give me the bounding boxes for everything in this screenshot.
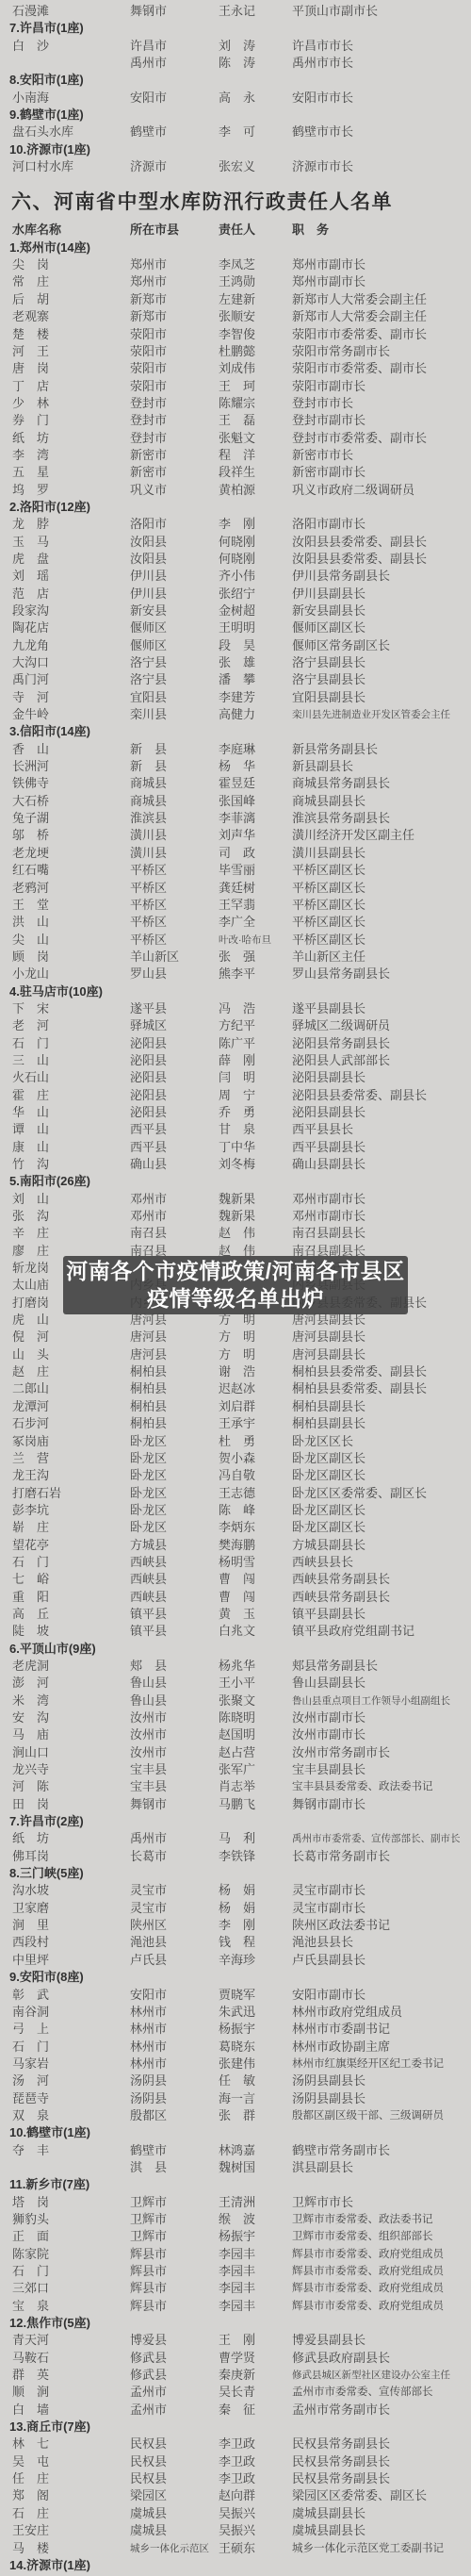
title-cell: 渑池县县长: [292, 1934, 353, 1951]
title-cell: 西峡县常务副县长: [292, 1589, 390, 1606]
person-cell: 张 强: [219, 949, 255, 966]
title-cell: 洛宁县副县长: [292, 671, 365, 688]
city-cell: 偃师区: [130, 637, 167, 654]
table-row: 河口村水库济源市张宏义济源市市长: [0, 158, 471, 175]
name-cell: 崭 庄: [12, 1519, 49, 1536]
table-row: 寺 河宜阳县李建芳宜阳县副县长: [0, 689, 471, 706]
name-cell: 大石桥: [12, 793, 49, 810]
name-cell: 廖 庄: [12, 1243, 49, 1260]
city-cell: 汝州市: [130, 1744, 167, 1761]
city-cell: 辉县市: [130, 2280, 167, 2297]
title-cell: 卧龙区副区长: [292, 1450, 365, 1467]
person-cell: 毕雪丽: [219, 862, 255, 879]
city-cell: 城乡一体化示范区: [130, 2540, 209, 2557]
table-row: 邬 桥潢川县刘声华潢川经济开发区副主任: [0, 827, 471, 844]
city-cell: 鲁山县: [130, 1693, 167, 1709]
name-cell: 陈家院: [12, 2246, 49, 2263]
person-cell: 程 洋: [219, 447, 255, 464]
city-cell: 长葛市: [130, 1848, 167, 1865]
title-cell: 汝阳县县委常委、副县长: [292, 551, 427, 568]
person-cell: 吴振兴: [219, 2522, 255, 2539]
table-row: 琵琶寺汤阴县海一言汤阴县副县长: [0, 2090, 471, 2107]
city-cell: 唐河县: [130, 1346, 167, 1363]
person-cell: 乔 勇: [219, 1104, 255, 1121]
section-header: 4.驻马店市(10座): [0, 983, 471, 1000]
person-cell: 张聚文: [219, 1693, 255, 1709]
title-cell: 鲁山县副县长: [292, 1675, 365, 1692]
section-header: 3.信阳市(14座): [0, 723, 471, 740]
name-cell: 坞 罗: [12, 482, 49, 499]
name-cell: 金牛岭: [12, 706, 49, 723]
title-cell: 平桥区副区长: [292, 932, 365, 949]
name-cell: 范 店: [12, 586, 49, 603]
table-row: 三郊口辉县市李园丰辉县市市委常委、政府党组成员: [0, 2280, 471, 2297]
table-row: 宝 泉辉县市李园丰辉县市市委常委、政府党组成员: [0, 2298, 471, 2315]
person-cell: 刘冬梅: [219, 1156, 255, 1173]
section-header: 8.三门峡(5座): [0, 1865, 471, 1882]
name-cell: 河 陈: [12, 1778, 49, 1795]
title-cell: 桐柏县副县长: [292, 1398, 365, 1415]
title-cell: 商城县副县长: [292, 793, 365, 810]
title-cell: 桐柏县县委常委、副县长: [292, 1363, 427, 1380]
name-cell: 三郊口: [12, 2280, 49, 2297]
city-cell: 西峡县: [130, 1589, 167, 1606]
name-cell: 涧山口: [12, 1744, 49, 1761]
title-cell: 荥阳市常务副市长: [292, 343, 390, 360]
name-cell: 竹 沟: [12, 1156, 49, 1173]
title-cell: 梁园区区委常委、副区长: [292, 2487, 427, 2504]
city-cell: 郑州市: [130, 256, 167, 273]
person-cell: 王罕翡: [219, 897, 255, 914]
table-row: 彭李坑卧龙区陈 峰卧龙区副区长: [0, 1502, 471, 1519]
person-cell: 方纪平: [219, 1017, 255, 1034]
table-row: 正 面卫辉市杨振宇卫辉市市委常委、组织部部长: [0, 2228, 471, 2245]
city-cell: 西平县: [130, 1121, 167, 1138]
title-cell: 潢川县副县长: [292, 845, 365, 862]
person-cell: 李铁锋: [219, 1848, 255, 1865]
person-cell: 李凤芝: [219, 256, 255, 273]
table-row: 坞 罗巩义市黄柏源巩义市政府二级调研员: [0, 482, 471, 499]
city-cell: 辉县市: [130, 2246, 167, 2263]
name-cell: 白 沙: [12, 38, 49, 55]
name-cell: 刘 瑶: [12, 568, 49, 585]
city-cell: 汝阳县: [130, 534, 167, 551]
person-cell: 叶改·哈布旦: [219, 932, 271, 949]
city-cell: 殷都区: [130, 2107, 167, 2124]
title-cell: 灵宝市副市长: [292, 1900, 365, 1917]
name-cell: 打磨石岩: [12, 1485, 61, 1502]
section-header: 9.鹤壁市(1座): [0, 107, 471, 124]
name-cell: 顾 岗: [12, 949, 49, 966]
city-cell: 舞钢市: [130, 1796, 167, 1813]
name-cell: 唐 岗: [12, 360, 49, 377]
name-cell: 兰 营: [12, 1450, 49, 1467]
table-row: 涧 里陕州区李 刚陕州区政法委书记: [0, 1917, 471, 1934]
table-row: 塔 岗卫辉市王清洲卫辉市市长: [0, 2194, 471, 2211]
table-row: 虎 盘汝阳县何晓刚汝阳县县委常委、副县长: [0, 551, 471, 568]
name-cell: 王安庄: [12, 2522, 49, 2539]
name-cell: 马家岩: [12, 2056, 49, 2072]
person-cell: 杨振宇: [219, 2021, 255, 2038]
name-cell: 西段村: [12, 1934, 49, 1951]
table-row: 刘 山邓州市魏新果邓州市副市长: [0, 1191, 471, 1208]
table-row: 五 星新密市段祥生新密市副市长: [0, 464, 471, 481]
person-cell: 樊海鹏: [219, 1537, 255, 1554]
city-cell: 虞城县: [130, 2505, 167, 2522]
title-cell: 长葛市常务副市长: [292, 1848, 390, 1865]
title-cell: 博爱县副县长: [292, 2332, 365, 2349]
person-cell: 何晓刚: [219, 534, 255, 551]
title-cell: 林州市市委副书记: [292, 2021, 390, 2038]
title-cell: 桐柏县副县长: [292, 1415, 365, 1432]
name-cell: 禹门河: [12, 671, 49, 688]
table-row: 大沟口洛宁县张 雄洛宁县副县长: [0, 654, 471, 671]
person-cell: 辛海珍: [219, 1952, 255, 1969]
table-row: 九龙角偃师区段 昊偃师区常务副区长: [0, 637, 471, 654]
name-cell: 洪 山: [12, 914, 49, 931]
name-cell: 澎 河: [12, 1675, 49, 1692]
table-row: 白 沙许昌市刘 涛许昌市市长: [0, 38, 471, 55]
title-cell: 平桥区副区长: [292, 862, 365, 879]
person-cell: 李园丰: [219, 2263, 255, 2280]
city-cell: 梁园区: [130, 2487, 167, 2504]
city-cell: 淮滨县: [130, 810, 167, 827]
title-cell: 洛阳市副市长: [292, 516, 365, 533]
person-cell: 谢 浩: [219, 1363, 255, 1380]
city-cell: 安阳市: [130, 1987, 167, 2004]
name-cell: 寺 河: [12, 689, 49, 706]
section-header: 2.洛阳市(12座): [0, 499, 471, 516]
city-cell: 桐柏县: [130, 1380, 167, 1397]
table-row: 小南海安阳市高 永安阳市市长: [0, 90, 471, 107]
person-cell: 高 永: [219, 90, 255, 107]
table-row: 兰 营卧龙区贺小森卧龙区副区长: [0, 1450, 471, 1467]
title-cell: 舞钢市副市长: [292, 1796, 365, 1813]
name-cell: 石步河: [12, 1415, 49, 1432]
city-cell: 卧龙区: [130, 1433, 167, 1450]
title-cell: 卧龙区副区长: [292, 1502, 365, 1519]
title-cell: 虞城县副县长: [292, 2505, 365, 2522]
person-cell: 王 珂: [219, 378, 255, 395]
person-cell: 白兆文: [219, 1623, 255, 1640]
title-cell: 民权县常务副县长: [292, 2436, 390, 2452]
person-cell: 李建芳: [219, 689, 255, 706]
city-cell: 民权县: [130, 2453, 167, 2470]
table-row: 券 门登封市王 磊登封市副市长: [0, 412, 471, 429]
city-cell: 确山县: [130, 1156, 167, 1173]
person-cell: 龚廷树: [219, 880, 255, 897]
person-cell: 李卫政: [219, 2453, 255, 2470]
title-cell: 邓州市副市长: [292, 1191, 365, 1208]
section-header: 11.新乡市(7座): [0, 2176, 471, 2193]
person-cell: 王清洲: [219, 2194, 255, 2211]
title-cell: 汝州市副市长: [292, 1726, 365, 1743]
table-row: 尖 岗郑州市李凤芝郑州市副市长: [0, 256, 471, 273]
title-cell: 西峡县常务副县长: [292, 1571, 390, 1588]
table-row: 范 店伊川县张绍宁伊川县副县长: [0, 586, 471, 603]
city-cell: 邓州市: [130, 1191, 167, 1208]
medium-reservoir-table: 1.郑州市(14座)尖 岗郑州市李凤芝郑州市副市长常 庄郑州市王鸿勋郑州市副市长…: [0, 239, 471, 2574]
city-cell: 登封市: [130, 412, 167, 429]
person-cell: 陈广平: [219, 1035, 255, 1052]
title-cell: 新密市副市长: [292, 464, 365, 481]
person-cell: 曹 闯: [219, 1589, 255, 1606]
title-cell: 卧龙区区长: [292, 1433, 353, 1450]
title-cell: 西平县副县长: [292, 1139, 365, 1156]
city-cell: 鹤壁市: [130, 2142, 167, 2159]
table-row: 段家沟新安县金树超新安县副县长: [0, 603, 471, 619]
title-cell: 修武县政府副县长: [292, 2350, 390, 2367]
table-row: 马家岩林州市张建伟林州市红旗渠经开区纪工委书记: [0, 2056, 471, 2072]
city-cell: 伊川县: [130, 586, 167, 603]
table-row: 龙王沟卧龙区冯自敬卧龙区副区长: [0, 1467, 471, 1484]
city-cell: 汤阴县: [130, 2072, 167, 2089]
city-cell: 陕州区: [130, 1917, 167, 1934]
name-cell: 塔 岗: [12, 2194, 49, 2211]
person-cell: 任 敏: [219, 2072, 255, 2089]
column-header-row: 水库名称 所在市县 责任人 职 务: [0, 222, 471, 239]
name-cell: 盘石头水库: [12, 124, 73, 140]
name-cell: 彰 武: [12, 1987, 49, 2004]
name-cell: 铁佛寺: [12, 775, 49, 792]
title-cell: 殷都区副区级干部、三级调研员: [292, 2107, 444, 2124]
name-cell: 谭 山: [12, 1121, 49, 1138]
person-cell: 黄柏源: [219, 482, 255, 499]
name-cell: 红石嘴: [12, 862, 49, 879]
table-row: 赵 庄桐柏县谢 浩桐柏县县委常委、副县长: [0, 1363, 471, 1380]
title-cell: 禹州市市委常委、宣传部部长、副市长: [292, 1830, 461, 1847]
table-row: 霍 庄泌阳县周 宁泌阳县县委常委、副县长: [0, 1087, 471, 1104]
city-cell: 平桥区: [130, 914, 167, 931]
person-cell: 李 刚: [219, 516, 255, 533]
city-cell: 洛宁县: [130, 671, 167, 688]
name-cell: 霍 庄: [12, 1087, 49, 1104]
city-cell: 潢川县: [130, 845, 167, 862]
table-row: 康 山西平县丁中华西平县副县长: [0, 1139, 471, 1156]
section-header: 5.南阳市(26座): [0, 1173, 471, 1190]
title-cell: 许昌市市长: [292, 38, 353, 55]
title-cell: 郑州市副市长: [292, 256, 365, 273]
title-cell: 伊川县副县长: [292, 586, 365, 603]
title-cell: 泌阳县常务副县长: [292, 1035, 390, 1052]
name-cell: 石 门: [12, 1554, 49, 1571]
city-cell: 荥阳市: [130, 360, 167, 377]
title-cell: 郏县常务副县长: [292, 1658, 378, 1675]
table-row: 下 宋遂平县冯 浩遂平县副县长: [0, 1000, 471, 1017]
city-cell: 新 县: [130, 741, 167, 758]
title-cell: 遂平县副县长: [292, 1000, 365, 1017]
section-header: 10.济源市(1座): [0, 141, 471, 158]
title-cell: 辉县市市委常委、政府党组成员: [292, 2263, 444, 2280]
city-cell: 巩义市: [130, 482, 167, 499]
person-cell: 王明明: [219, 619, 255, 636]
person-cell: 刘 涛: [219, 38, 255, 55]
city-cell: 潢川县: [130, 827, 167, 844]
name-cell: 双 泉: [12, 2107, 49, 2124]
name-cell: 龙兴寺: [12, 1761, 49, 1778]
name-cell: 河口村水库: [12, 158, 73, 175]
table-row: 冢岗庙卧龙区杜 勇卧龙区区长: [0, 1433, 471, 1450]
title-cell: 荥阳市市委常委、副市长: [292, 360, 427, 377]
city-cell: 郑州市: [130, 273, 167, 290]
table-row: 打磨石岩卧龙区王志德卧龙区区委常委、副区长: [0, 1485, 471, 1502]
person-cell: 林鸿嘉: [219, 2142, 255, 2159]
table-row: 陶花店偃师区王明明偃师区副区长: [0, 619, 471, 636]
name-cell: 老虎洞: [12, 1658, 49, 1675]
name-cell: 尖 岗: [12, 256, 49, 273]
city-cell: 新安县: [130, 603, 167, 619]
city-cell: 南召县: [130, 1225, 167, 1242]
name-cell: 华 山: [12, 1104, 49, 1121]
title-cell: 灵宝市副市长: [292, 1882, 365, 1899]
table-row: 马 庙汝州市赵国明汝州市副市长: [0, 1726, 471, 1743]
city-cell: 卫辉市: [130, 2228, 167, 2245]
city-cell: 卫辉市: [130, 2211, 167, 2228]
city-cell: 登封市: [130, 395, 167, 412]
title-cell: 伊川县常务副县长: [292, 568, 390, 585]
person-cell: 秦 征: [219, 2402, 255, 2419]
table-row: 三 山泌阳县薛 刚泌阳县人武部部长: [0, 1052, 471, 1069]
title-cell: 林州市政府党组成员: [292, 2004, 402, 2021]
table-row: 河 王荥阳市杜鹏懿荥阳市常务副市长: [0, 343, 471, 360]
table-row: 老观寨新郑市张顺安新郑市人大常委会副主任: [0, 308, 471, 325]
name-cell: 老 河: [12, 1017, 49, 1034]
table-row: 淇 县魏树国淇县副县长: [0, 2159, 471, 2176]
table-row: 禹州市陈 涛禹州市市长: [0, 55, 471, 72]
table-row: 米 湾鲁山县张聚文鲁山县重点项目工作领导小组副组长: [0, 1693, 471, 1709]
title-cell: 城乡一体化示范区党工委副书记: [292, 2540, 444, 2557]
name-cell: 石 门: [12, 2263, 49, 2280]
city-cell: 许昌市: [130, 38, 167, 55]
large-reservoir-list-tail: 石漫滩舞钢市王永记平顶山市副市长7.许昌市(1座)白 沙许昌市刘 涛许昌市市长禹…: [0, 3, 471, 175]
table-row: 二郎山桐柏县迟赵冰桐柏县县委常委、副县长: [0, 1380, 471, 1397]
person-cell: 陈 峰: [219, 1502, 255, 1519]
table-row: 西段村渑池县钱 程渑池县县长: [0, 1934, 471, 1951]
person-cell: 刘声华: [219, 827, 255, 844]
name-cell: 马 庙: [12, 1726, 49, 1743]
table-row: 中里坪卢氏县辛海珍卢氏县副县长: [0, 1952, 471, 1969]
table-row: 老龙埂潢川县司 政潢川县副县长: [0, 845, 471, 862]
person-cell: 方 明: [219, 1346, 255, 1363]
title-cell: 新安县副县长: [292, 603, 365, 619]
name-cell: 纸 坊: [12, 1830, 49, 1847]
table-row: 七 峪西峡县曹 闯西峡县常务副县长: [0, 1571, 471, 1588]
table-row: 白 墙孟州市秦 征孟州市常务副市长: [0, 2402, 471, 2419]
title-cell: 平顶山市副市长: [292, 3, 378, 20]
table-row: 夺 丰鹤壁市林鸿嘉鹤壁市常务副市长: [0, 2142, 471, 2159]
person-cell: 曹 闯: [219, 1571, 255, 1588]
name-cell: 纸 坊: [12, 430, 49, 447]
watermark-line2: 疫情等级名单出炉: [63, 1285, 408, 1313]
table-row: 洪 山平桥区李广全平桥区副区长: [0, 914, 471, 931]
table-row: 楚 楼荥阳市李智俊荥阳市市委常委、副市长: [0, 326, 471, 343]
city-cell: 林州市: [130, 2056, 167, 2072]
name-cell: 宝 泉: [12, 2298, 49, 2315]
title-cell: 汤阴县副县长: [292, 2090, 365, 2107]
person-cell: 霍昱廷: [219, 775, 255, 792]
name-cell: 河 王: [12, 343, 49, 360]
city-cell: 泌阳县: [130, 1069, 167, 1086]
person-cell: 魏新果: [219, 1208, 255, 1225]
person-cell: 李 可: [219, 124, 255, 140]
city-cell: 邓州市: [130, 1208, 167, 1225]
person-cell: 李 刚: [219, 1917, 255, 1934]
table-row: 郑 阁梁园区赵向群梁园区区委常委、副区长: [0, 2487, 471, 2504]
title-cell: 新郑市人大常委会副主任: [292, 291, 427, 308]
table-row: 南谷洞林州市朱武迅林州市政府党组成员: [0, 2004, 471, 2021]
table-row: 安 沟汝州市陈晓明汝州市副市长: [0, 1709, 471, 1726]
city-cell: 卧龙区: [130, 1485, 167, 1502]
city-cell: 商城县: [130, 775, 167, 792]
name-cell: 辛 庄: [12, 1225, 49, 1242]
section-header: 12.焦作市(5座): [0, 2315, 471, 2332]
title-cell: 新郑市人大常委会副主任: [292, 308, 427, 325]
person-cell: 段祥生: [219, 464, 255, 481]
section-header: 6.平顶山市(9座): [0, 1641, 471, 1658]
person-cell: 潘 攀: [219, 671, 255, 688]
person-cell: 李广全: [219, 914, 255, 931]
person-cell: 杜 勇: [219, 1433, 255, 1450]
city-cell: 伊川县: [130, 568, 167, 585]
table-row: 陡 坡镇平县白兆文镇平县政府党组副书记: [0, 1623, 471, 1640]
person-cell: 海一言: [219, 2090, 255, 2107]
name-cell: 中里坪: [12, 1952, 49, 1969]
table-row: 老鸦河平桥区龚廷树平桥区副区长: [0, 880, 471, 897]
name-cell: 石 庄: [12, 2505, 49, 2522]
name-cell: 赵 庄: [12, 1363, 49, 1380]
table-row: 群 英修武县秦庚新修武县城区新型社区建设办公室主任: [0, 2367, 471, 2384]
name-cell: 龙王沟: [12, 1467, 49, 1484]
title-cell: 宝丰县县委常委、政法委书记: [292, 1778, 433, 1795]
table-row: 纸 坊禹州市马 利禹州市市委常委、宣传部部长、副市长: [0, 1830, 471, 1847]
table-row: 汤 河汤阴县任 敏汤阴县副县长: [0, 2072, 471, 2089]
table-row: 红石嘴平桥区毕雪丽平桥区副区长: [0, 862, 471, 879]
title-cell: 潢川经济开发区副主任: [292, 827, 414, 844]
title-cell: 卫辉市市委常委、组织部部长: [292, 2228, 433, 2245]
person-cell: 肖志举: [219, 1778, 255, 1795]
city-cell: 郏 县: [130, 1658, 167, 1675]
name-cell: 刘 山: [12, 1191, 49, 1208]
city-cell: 灵宝市: [130, 1882, 167, 1899]
city-cell: 博爱县: [130, 2332, 167, 2349]
person-cell: 段 昊: [219, 637, 255, 654]
name-cell: 顺 涧: [12, 2384, 49, 2401]
city-cell: 鹤壁市: [130, 124, 167, 140]
name-cell: 安 沟: [12, 1709, 49, 1726]
title-cell: 镇平县副县长: [292, 1606, 365, 1623]
title-cell: 栾川县先进制造业开发区管委会主任: [292, 706, 450, 723]
title-cell: 辉县市市委常委、政府党组成员: [292, 2298, 444, 2315]
city-cell: 宝丰县: [130, 1778, 167, 1795]
title-cell: 登封市市长: [292, 395, 353, 412]
title-cell: 平桥区副区长: [292, 880, 365, 897]
person-cell: 黄 玉: [219, 1606, 255, 1623]
name-cell: 下 宋: [12, 1000, 49, 1017]
title-cell: 安阳市市长: [292, 90, 353, 107]
title-cell: 汤阴县副县长: [292, 2072, 365, 2089]
table-row: 纸 坊登封市张魁文登封市市委常委、副市长: [0, 430, 471, 447]
name-cell: 邬 桥: [12, 827, 49, 844]
title-cell: 桐柏县县委常委、副县长: [292, 1380, 427, 1397]
person-cell: 王硕东: [219, 2540, 255, 2557]
person-cell: 张魁文: [219, 430, 255, 447]
title-cell: 偃师区副区长: [292, 619, 365, 636]
name-cell: 南谷洞: [12, 2004, 49, 2021]
title-cell: 修武县城区新型社区建设办公室主任: [292, 2367, 450, 2384]
city-cell: 卧龙区: [130, 1502, 167, 1519]
table-row: 石 门林州市葛晓东林州市政协副主席: [0, 2039, 471, 2056]
person-cell: 缑 波: [219, 2211, 255, 2228]
